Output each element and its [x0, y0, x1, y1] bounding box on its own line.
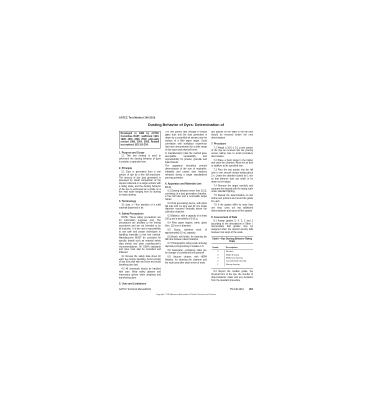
paragraph: 3.1 dust, n.—fine particles of a solid m…: [119, 204, 161, 210]
paragraph: 6.5 Scoop, stainless steel, of approxima…: [165, 229, 207, 235]
page-title: Dusting Behavior of Dyes: Determination …: [119, 123, 253, 127]
footer-page-number: 261: [249, 288, 253, 290]
section-heading: 3. Terminology: [119, 200, 161, 203]
paragraph: 7.4 Remove the target carefully and comp…: [211, 185, 253, 194]
table-row: 1Heavy dusting: [211, 263, 253, 266]
grade-cell: 1: [211, 263, 224, 266]
paragraph: any deposit on the walls of the fall tub…: [211, 131, 253, 140]
table-title: Table I—Dye Dusting Behavior Rating Scal…: [211, 237, 253, 244]
text-column: The test portion falls through a vertica…: [165, 131, 207, 285]
paragraph: 6.2 Dust generating device, with glass f…: [165, 202, 207, 214]
section-heading: 6. Apparatus and Materials (see 10.1): [165, 182, 207, 188]
section-heading: 1. Purpose and Scope: [119, 151, 161, 154]
paragraph: 2.1 Dust is generated from a test portio…: [119, 171, 161, 197]
paragraph: 8.1 Assign grades 5, 4, 3, 2 and 1 accor…: [211, 220, 253, 235]
paragraph: 6.9 Vacuum cleaner, with HEPA filtration…: [165, 256, 207, 265]
paragraph: 8.2 Report the median grade, the physica…: [211, 270, 253, 282]
paragraph: 7.6 If the grades differ by more than on…: [211, 204, 253, 213]
footer-method-ref: TM 146-2010 261: [230, 288, 253, 290]
page-content: AATCC Test Method 146-2010 Dusting Behav…: [119, 116, 253, 310]
paragraph: 6.7 Photographic rating scale showing de…: [165, 242, 207, 248]
paragraph: NOTE: These safety precautions are for i…: [119, 216, 161, 254]
section-heading: 5. Uses and Limitations: [119, 282, 161, 285]
section-heading: 7. Procedure: [211, 142, 253, 145]
page-footer: AATCC Technical Manual/2011 TM 146-2010 …: [119, 288, 253, 290]
paragraph: 7.1 Weigh a 10.0 ± 0.1 g test portion of…: [211, 147, 253, 159]
paragraph: 6.8 Desiccator, containing silica gel, f…: [165, 249, 207, 255]
paragraph: 1.1 This test method is used to determin…: [119, 155, 161, 164]
paragraph: In interlaboratory trials the method gav…: [165, 152, 207, 164]
section-heading: 8. Assessment of Data: [211, 216, 253, 219]
text-column: Developed in 1989 by AATCC Committee RA8…: [119, 131, 161, 285]
paragraph: 6.6 Brush, soft bristle, for cleaning th…: [165, 235, 207, 241]
description-cell: Heavy dusting: [225, 263, 253, 266]
paragraph: 4.1 Review the safety data sheet for eac…: [119, 255, 161, 267]
paragraph: 6.4 Filter paper targets, white, glass f…: [165, 222, 207, 228]
paragraph: The apparatus described permits determin…: [165, 165, 207, 180]
paragraph: 7.2 Place a fresh target in the holder a…: [211, 159, 253, 168]
body-columns: Developed in 1989 by AATCC Committee RA8…: [119, 131, 253, 285]
rating-table: GradeDescription5No dust4Slight dusting3…: [211, 246, 253, 266]
document-canvas: { "header": { "method_label": "AATCC Tes…: [0, 0, 368, 420]
document-page: AATCC Test Method 146-2010 Dusting Behav…: [119, 116, 253, 310]
section-heading: 2. Principle: [119, 167, 161, 170]
paragraph: 6.1 Dusting behavior tester (see 10.2), …: [165, 190, 207, 202]
paragraph: 7.3 Pour the test portion into the fall …: [211, 169, 253, 184]
footer-manual-label: AATCC Technical Manual/2011: [119, 288, 151, 290]
paragraph: 7.5 Repeat the determination on two furt…: [211, 194, 253, 203]
section-heading: 4. Safety Precautions: [119, 212, 161, 215]
method-label: AATCC Test Method 146-2010: [119, 116, 253, 119]
paragraph: 4.2 All chemicals should be handled with…: [119, 268, 161, 280]
paragraph: The test portion falls through a vertica…: [165, 131, 207, 151]
copyright-line: Copyright © 2010 American Association of…: [119, 294, 253, 296]
footer-method-label: TM 146-2010: [230, 288, 244, 290]
credit-box: Developed in 1989 by AATCC Committee RA8…: [119, 131, 161, 148]
paragraph: 6.3 Balance, with a capacity of at least…: [165, 215, 207, 221]
text-column: any deposit on the walls of the fall tub…: [211, 131, 253, 285]
